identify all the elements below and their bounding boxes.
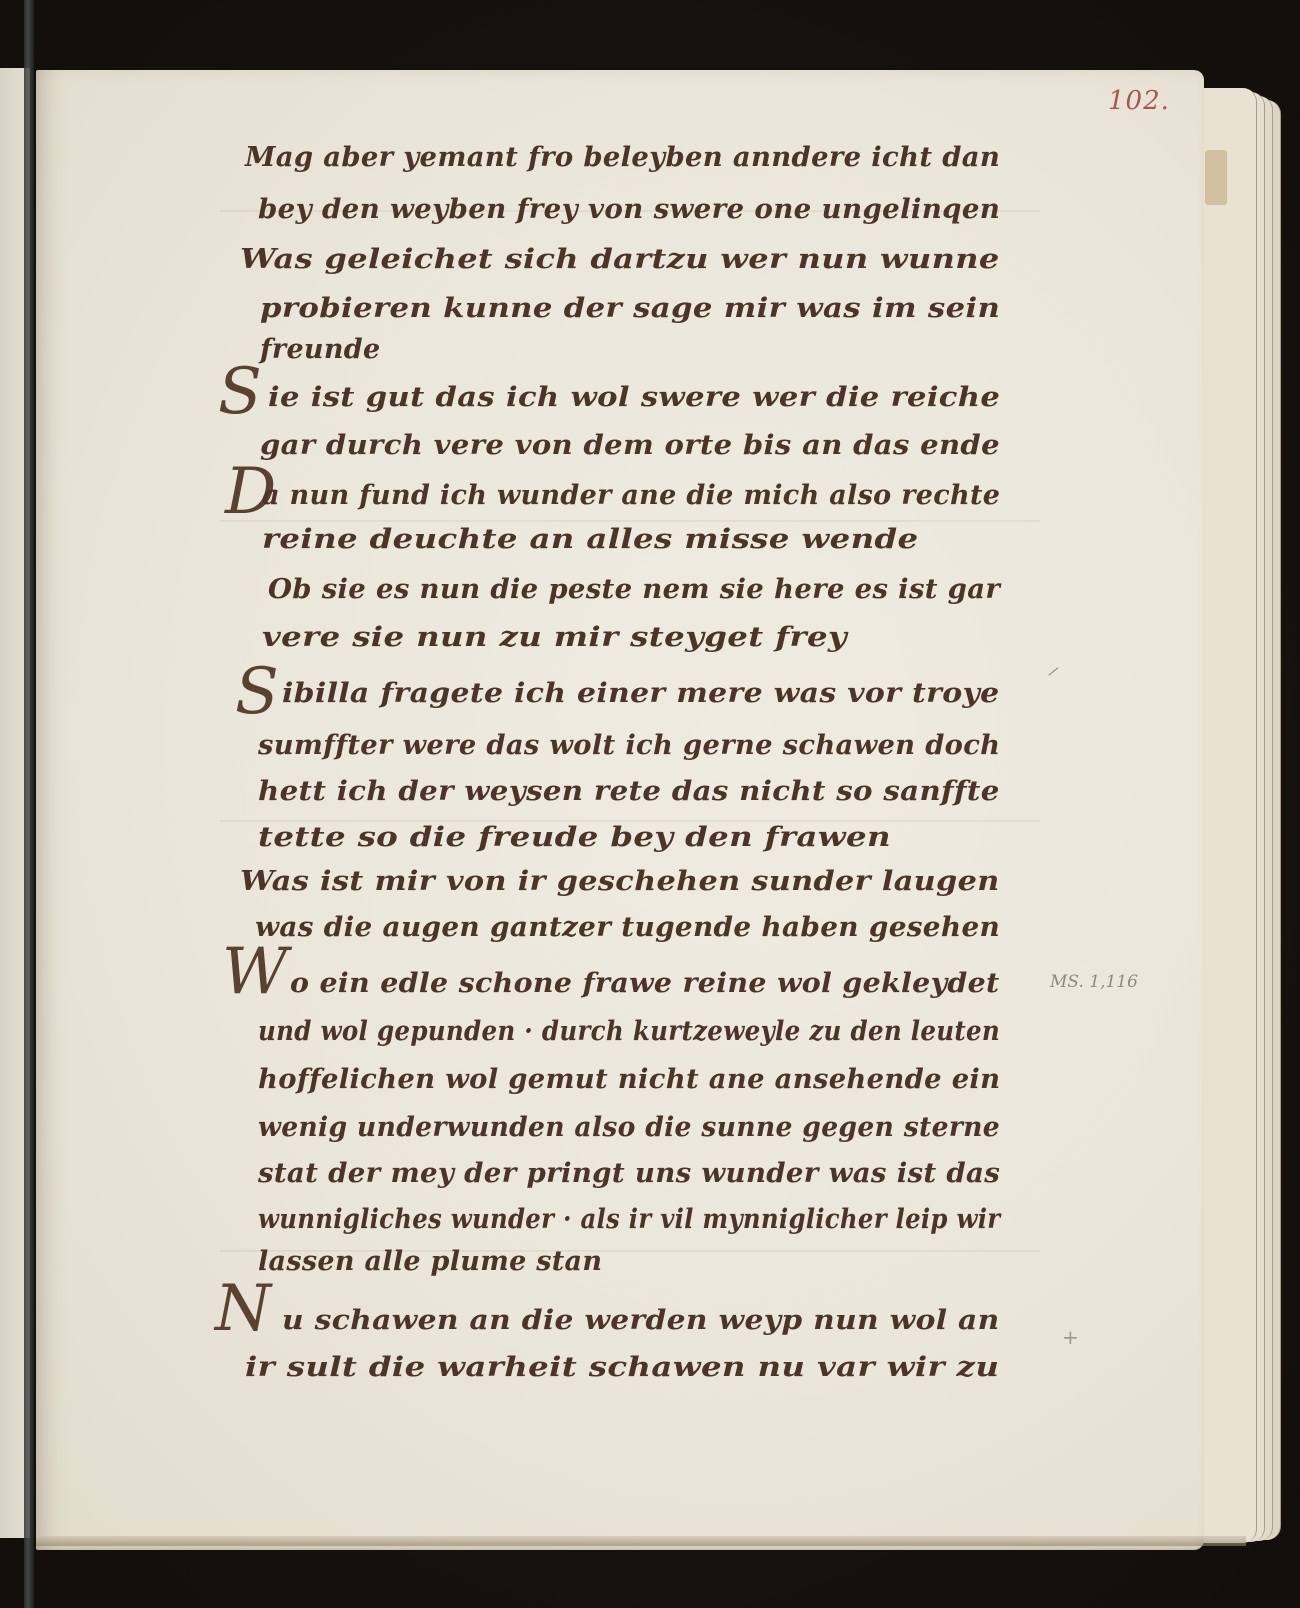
text-line: ie ist gut das ich wol swere wer die rei… — [268, 382, 1000, 413]
text-line: vere sie nun zu mir steyget frey — [262, 622, 847, 653]
text-line: und wol gepunden · durch kurtzeweyle zu … — [258, 1016, 1000, 1047]
text-line: hett ich der weysen rete das nicht so sa… — [258, 776, 1000, 807]
text-line: gar durch vere von dem orte bis an das e… — [260, 430, 1000, 461]
decorated-initial: W — [222, 935, 288, 1009]
text-line: Mag aber yemant fro beleyben anndere ich… — [245, 142, 1000, 173]
text-line: ir sult die warheit schawen nu var wir z… — [245, 1352, 999, 1383]
text-line: tette so die freude bey den frawen — [258, 822, 891, 853]
text-line: lassen alle plume stan — [258, 1246, 602, 1277]
shelfmark-note: MS. 1,116 — [1050, 972, 1138, 992]
text-line: Was ist mir von ir geschehen sunder laug… — [240, 866, 1000, 897]
text-line: Was geleichet sich dartzu wer nun wunne — [240, 244, 1000, 275]
text-line: o ein edle schone frawe reine wol gekley… — [290, 968, 999, 999]
decorated-initial: S — [218, 355, 262, 429]
text-line: a nun fund ich wunder ane die mich also … — [262, 480, 1000, 511]
text-line: was die augen gantzer tugende haben gese… — [255, 912, 1000, 943]
text-line: probieren kunne der sage mir was im sein — [260, 293, 1000, 324]
text-line: Ob sie es nun die peste nem sie here es … — [268, 574, 1000, 605]
margin-mark: ⸍ — [1045, 660, 1056, 690]
text-line: wunnigliches wunder · als ir vil mynnigl… — [258, 1204, 1000, 1235]
text-line: sumffter were das wolt ich gerne schawen… — [258, 730, 1000, 761]
text-line: reine deuchte an alles misse wende — [262, 524, 919, 555]
text-line: ibilla fragete ich einer mere was vor tr… — [282, 678, 999, 709]
text-line: u schawen an die werden weyp nun wol an — [282, 1305, 1000, 1336]
manuscript-photograph: 102. Mag aber yemant fro beleyben annder… — [0, 0, 1300, 1608]
manuscript-text: Mag aber yemant fro beleyben anndere ich… — [0, 0, 1300, 1608]
text-line: hoffelichen wol gemut nicht ane ansehend… — [258, 1064, 1000, 1095]
cross-mark: + — [1062, 1325, 1079, 1349]
text-line: stat der mey der pringt uns wunder was i… — [258, 1158, 1000, 1189]
text-line: freunde — [260, 334, 380, 365]
text-line: wenig underwunden also die sunne gegen s… — [258, 1112, 1000, 1143]
text-line: bey den weyben frey von swere one ungeli… — [258, 194, 1000, 225]
decorated-initial: N — [215, 1272, 271, 1346]
decorated-initial: S — [235, 655, 279, 729]
